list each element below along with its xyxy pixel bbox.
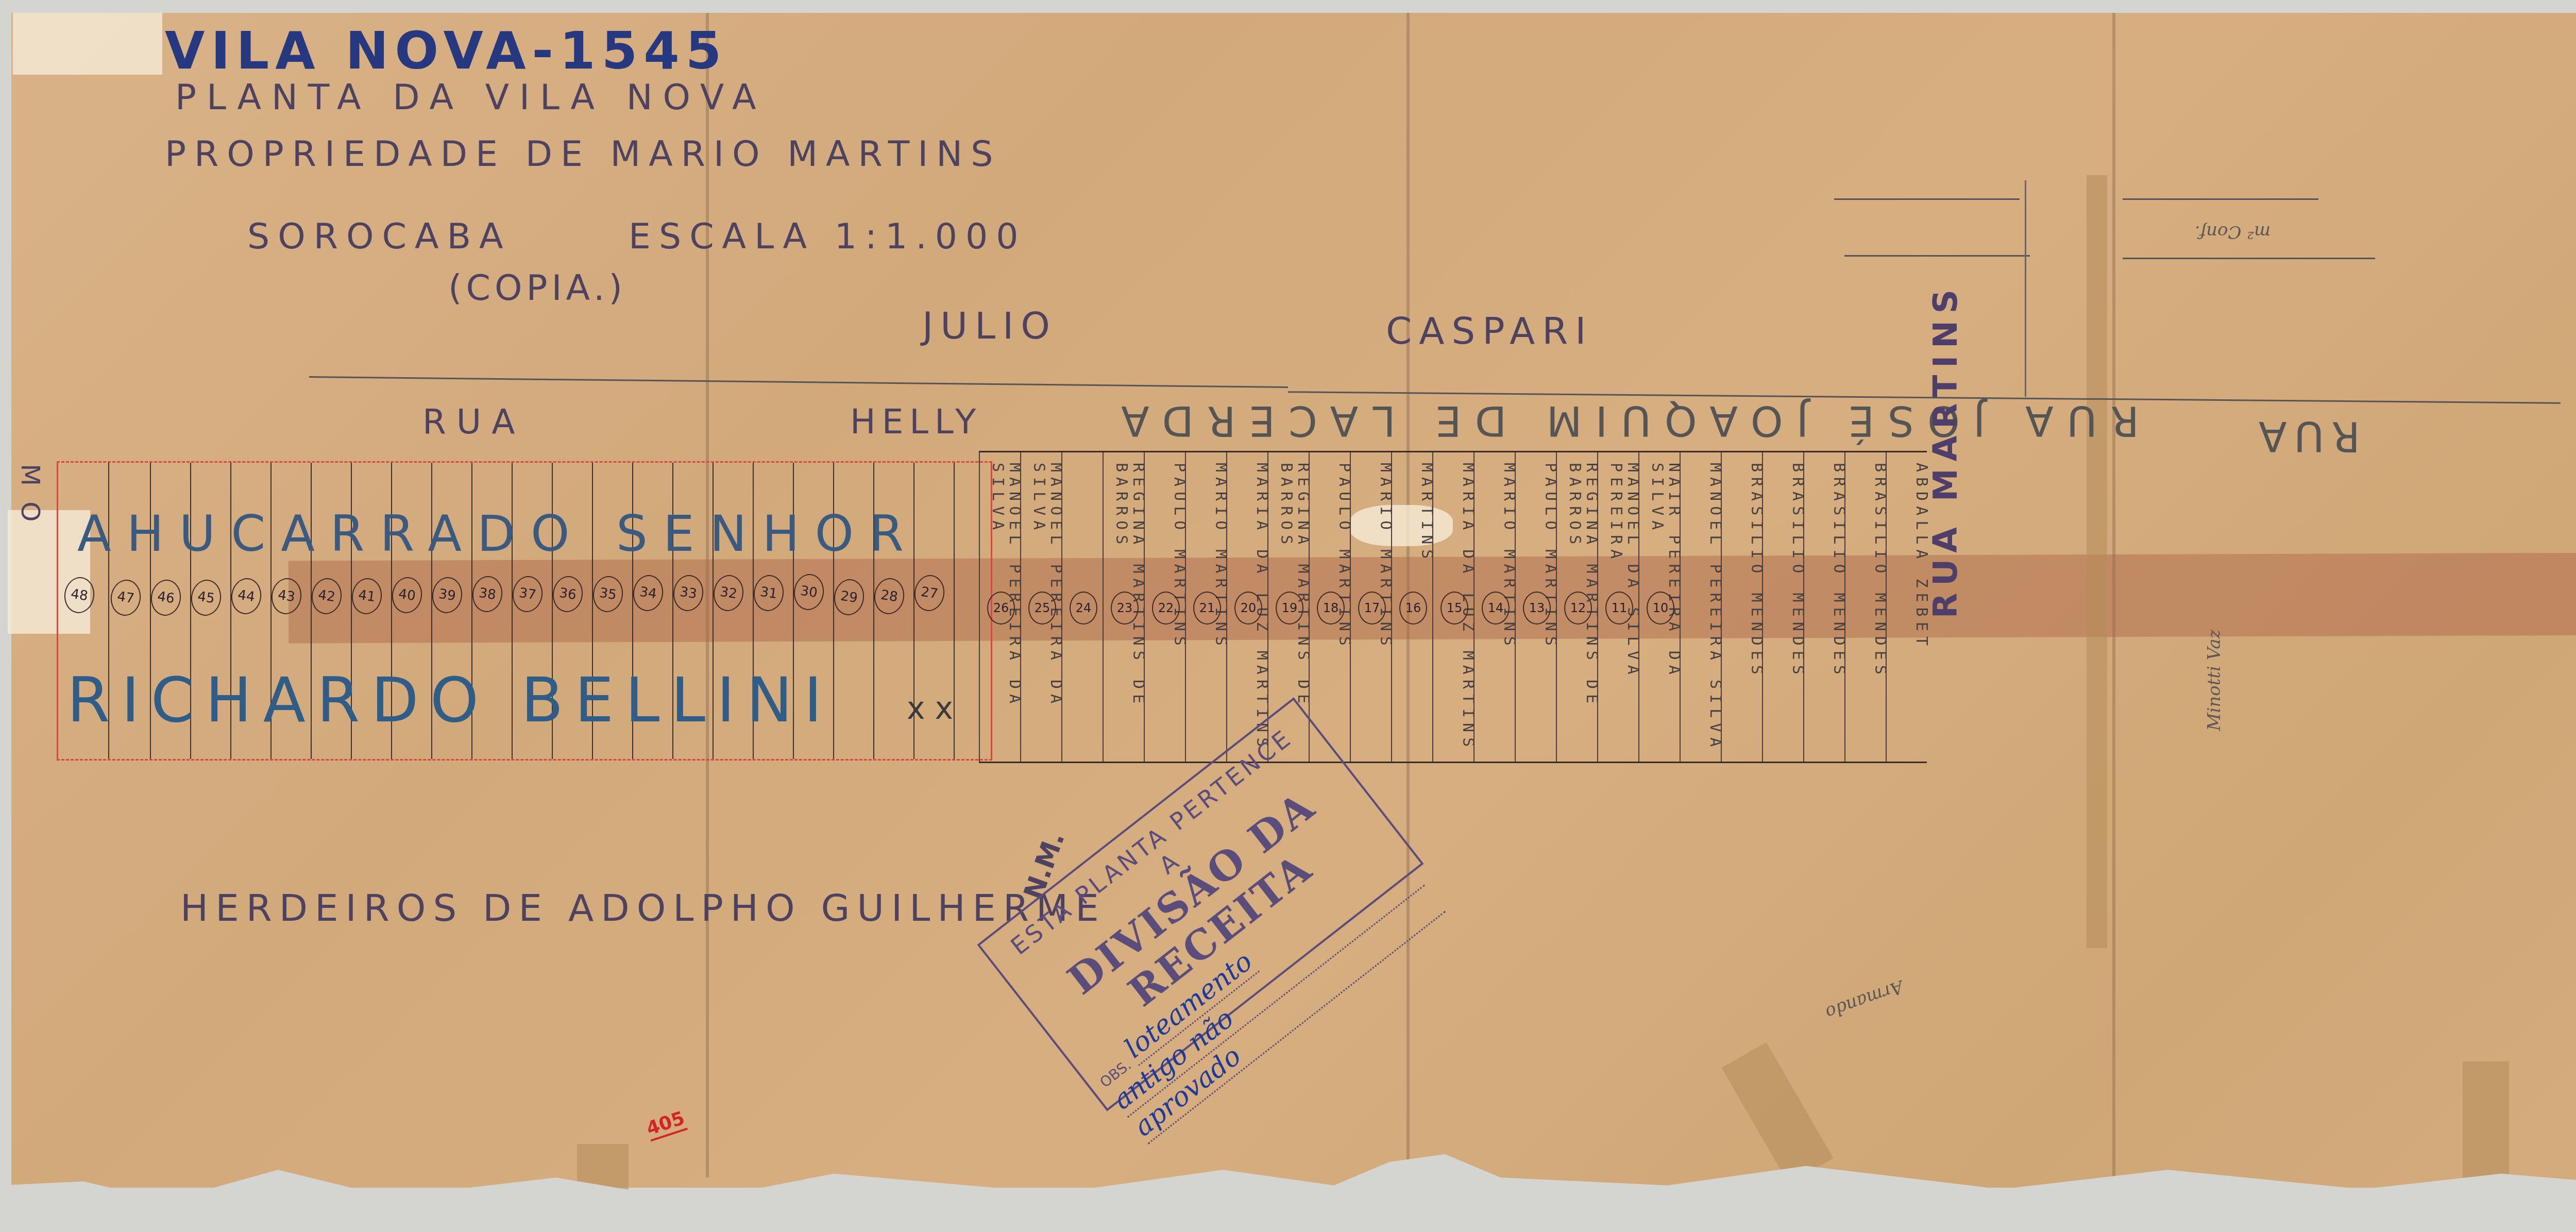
heading-copy: (COPIA.)	[448, 268, 626, 309]
owner-column: MANOEL PEREIRA DA SILVA25	[1020, 452, 1062, 762]
owner-column: BRASILIO MENDES	[1762, 452, 1804, 762]
street-helly-label: HELLY	[850, 402, 982, 442]
plot-line	[2025, 180, 2026, 397]
owner-column: ABDALLA ZEBET	[1886, 452, 1928, 762]
owner-column: MARIO MARTINS17	[1350, 452, 1392, 762]
heading-propriedade: PROPRIEDADE DE MARIO MARTINS	[165, 134, 1001, 175]
neighbor-julio: JULIO	[922, 304, 1057, 347]
owner-column: BRASILIO MENDES	[1721, 452, 1763, 762]
owner-column: BRASILIO MENDES	[1844, 452, 1887, 762]
tape-patch	[13, 13, 162, 75]
owner-column: REGINA MARTINS DE BARROS12	[1556, 452, 1598, 762]
map-title: VILA NOVA-1545	[165, 21, 727, 81]
heading-scale: ESCALA 1:1.000	[629, 216, 1027, 257]
pencil-note: Minotti Vaz	[2204, 630, 2225, 731]
owner-column: MARIA DA LUZ MARTINS15	[1432, 452, 1475, 762]
cross-marks: x x	[907, 690, 953, 727]
owner-ricardo-bellini: RICHARDO BELLINI	[67, 665, 834, 736]
tape-strip	[2087, 175, 2107, 948]
side-letters: MO	[15, 464, 45, 537]
owner-column: MANOEL PEREIRA DA SILVA26	[979, 452, 1021, 762]
heading-planta: PLANTA DA VILA NOVA	[175, 77, 767, 118]
tape-strip	[2463, 1061, 2509, 1180]
owner-column: BRASILIO MENDES	[1803, 452, 1845, 762]
owner-column: MARIO MARTINS14	[1473, 452, 1516, 762]
owner-column: NAIR PEREIRA DA SILVA10	[1638, 452, 1681, 762]
plot-line	[2123, 198, 2318, 200]
street-rua-martins: RUA MARTINS	[1927, 282, 1965, 618]
owner-table: MANOEL PEREIRA DA SILVA26 MANOEL PEREIRA…	[979, 451, 1927, 763]
plot-line	[1844, 255, 2030, 257]
owner-column: MANOEL DA SILVA PEREIRA11	[1597, 452, 1639, 762]
plot-line	[1834, 198, 2020, 200]
street-jose-joaquim-de-lacerda: RUA JOSÉ JOAQUIM DE LACERDA	[1108, 397, 2139, 445]
owner-column: PAULO MARTINS13	[1515, 452, 1557, 762]
street-rua-inverted: RUA	[2251, 412, 2360, 460]
neighbor-herdeiros: HERDEIROS DE ADOLPHO GUILHERME	[180, 886, 1106, 930]
owner-ahucarrado-senhor: AHUCARRADO SENHOR	[77, 505, 919, 563]
owner-column: 24	[1061, 452, 1104, 762]
owner-column: MARIA DA LUZ MARTINS20	[1226, 452, 1268, 762]
plot-line	[2123, 258, 2375, 259]
pencil-note: m² Conf.	[2195, 222, 2270, 242]
grid-divider	[954, 463, 955, 759]
owner-column: MARIO MARTINS21	[1185, 452, 1227, 762]
owner-column: REGINA MARTINS DE BARROS23	[1103, 452, 1145, 762]
owner-column: PAULO MARTINS22	[1144, 452, 1186, 762]
owner-column: MARTINS16	[1391, 452, 1433, 762]
owner-column: MANOEL PEREIRA SILVA	[1680, 452, 1722, 762]
neighbor-caspari: CASPARI	[1386, 309, 1594, 352]
owner-column: PAULO MARTINS18	[1309, 452, 1351, 762]
street-rua-label: RUA	[422, 402, 525, 442]
heading-city: SOROCABA	[247, 216, 512, 257]
